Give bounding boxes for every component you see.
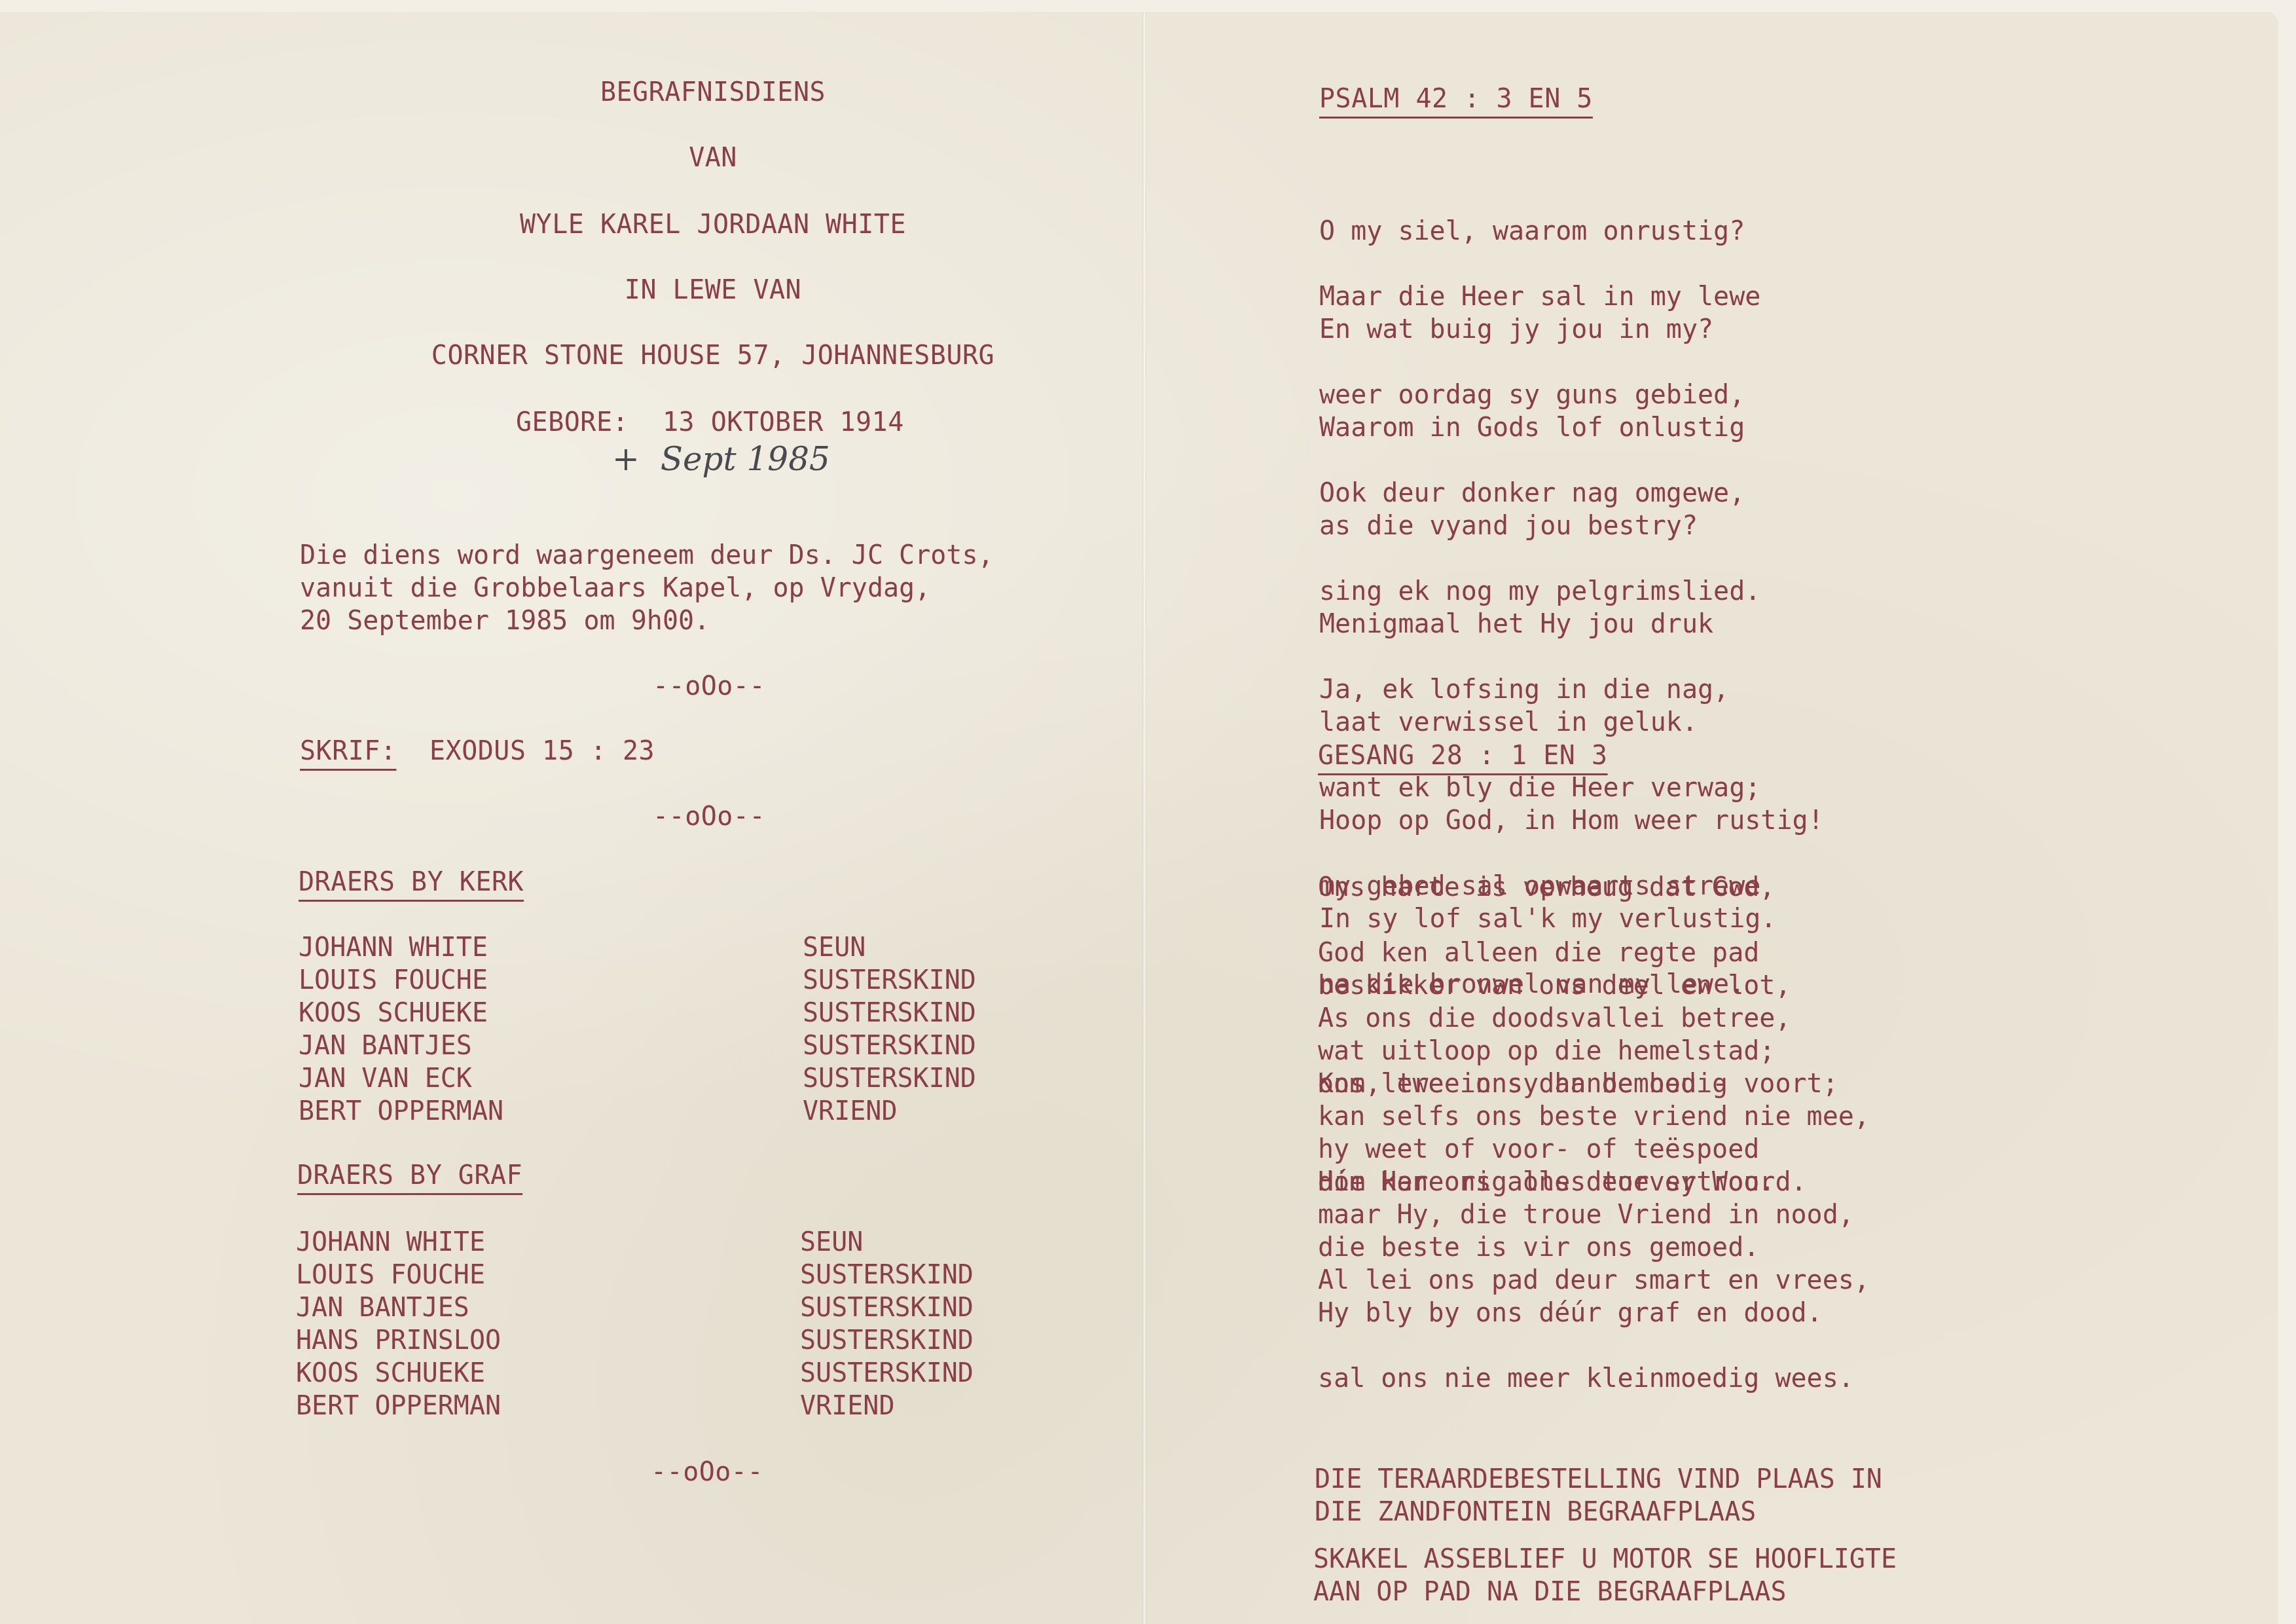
pallbearer-row: KOOS SCHUEKESUSTERSKIND — [296, 1357, 974, 1390]
notice-line: DIE TERAARDEBESTELLING VIND PLAAS IN — [1315, 1463, 1882, 1496]
pallbearer-relation: SEUN — [803, 931, 866, 964]
verse-line: Kom, tree ons dan bemoedig voort; — [1318, 1067, 1870, 1100]
pallbearers-grave-heading: DRAERS BY GRAF — [297, 1159, 522, 1192]
psalm-stanza-1: O my siel, waarom onrustig? En wat buig … — [1319, 149, 1824, 182]
verse-line: want ek bly die Heer verwag; — [1319, 771, 1824, 804]
verse-line: Al lei ons pad deur smart en vrees, — [1318, 1264, 1870, 1297]
pallbearer-name: HANS PRINSLOO — [296, 1324, 800, 1357]
burial-notice: DIE TERAARDEBESTELLING VIND PLAAS IN DIE… — [1315, 1463, 1882, 1528]
separator: --oOo-- — [653, 670, 765, 703]
scripture-reference: EXODUS 15 : 23 — [429, 735, 655, 767]
pallbearer-name: JOHANN WHITE — [299, 931, 803, 964]
verse-line: kan selfs ons beste vriend nie mee, — [1318, 1100, 1870, 1133]
address: CORNER STONE HOUSE 57, JOHANNESBURG — [431, 339, 994, 372]
gesang-text: Ons harte is verheug dat God, beskikker … — [1318, 805, 1870, 1067]
pallbearer-name: KOOS SCHUEKE — [296, 1357, 800, 1390]
pallbearer-row: LOUIS FOUCHESUSTERSKIND — [299, 964, 976, 997]
verse-line: die Here rig ons deur sy Woord. — [1318, 1166, 1870, 1198]
pallbearer-name: BERT OPPERMAN — [296, 1390, 800, 1422]
pallbearer-relation: SEUN — [800, 1226, 863, 1259]
pallbearer-row: JOHANN WHITESEUN — [296, 1226, 974, 1259]
pallbearer-name: LOUIS FOUCHE — [299, 964, 803, 997]
pallbearer-name: KOOS SCHUEKE — [299, 997, 803, 1029]
verse-line: As ons die doodsvallei betree, — [1318, 1002, 1870, 1035]
pallbearers-church-list: JOHANN WHITESEUN LOUIS FOUCHESUSTERSKIND… — [299, 931, 976, 1128]
service-line: Die diens word waargeneem deur Ds. JC Cr… — [300, 539, 994, 572]
notice-line: AAN OP PAD NA DIE BEGRAAFPLAAS — [1313, 1576, 1897, 1608]
deceased-name: WYLE KAREL JORDAAN WHITE — [520, 208, 906, 241]
notice-line: DIE ZANDFONTEIN BEGRAAFPLAAS — [1315, 1496, 1882, 1528]
pallbearer-name: JOHANN WHITE — [296, 1226, 800, 1259]
verse-line: sing ek nog my pelgrimslied. — [1319, 575, 1824, 608]
headlights-notice: SKAKEL ASSEBLIEF U MOTOR SE HOOFLIGTE AA… — [1313, 1543, 1897, 1608]
pallbearer-name: JAN BANTJES — [299, 1029, 803, 1062]
pallbearer-relation: SUSTERSKIND — [800, 1259, 974, 1291]
gesang-stanza-1: Ons harte is verheug dat God, beskikker … — [1318, 805, 1870, 838]
pallbearer-row: JOHANN WHITESEUN — [299, 931, 976, 964]
notice-line: SKAKEL ASSEBLIEF U MOTOR SE HOOFLIGTE — [1313, 1543, 1897, 1576]
in-lewe-van-label: IN LEWE VAN — [625, 274, 801, 306]
verse-line: Maar die Heer sal in my lewe — [1319, 280, 1824, 313]
service-title: BEGRAFNISDIENS — [600, 76, 826, 109]
pallbearer-relation: SUSTERSKIND — [800, 1291, 974, 1324]
pallbearer-row: HANS PRINSLOOSUSTERSKIND — [296, 1324, 974, 1357]
page-fold — [1142, 12, 1146, 1624]
pallbearer-relation: SUSTERSKIND — [803, 1029, 976, 1062]
separator: --oOo-- — [651, 1456, 763, 1488]
pallbearer-relation: SUSTERSKIND — [800, 1324, 974, 1357]
pallbearer-row: KOOS SCHUEKESUSTERSKIND — [299, 997, 976, 1029]
pallbearer-name: LOUIS FOUCHE — [296, 1259, 800, 1291]
verse-line: Ook deur donker nag omgewe, — [1319, 477, 1824, 509]
pallbearer-relation: SUSTERSKIND — [803, 997, 976, 1029]
pallbearer-row: BERT OPPERMANVRIEND — [296, 1390, 974, 1422]
pallbearer-relation: VRIEND — [803, 1095, 898, 1128]
service-line: vanuit die Grobbelaars Kapel, op Vrydag, — [300, 572, 994, 604]
verse-line: sal ons nie meer kleinmoedig wees. — [1318, 1362, 1870, 1395]
pallbearer-relation: SUSTERSKIND — [800, 1357, 974, 1390]
psalm-text: O my siel, waarom onrustig? En wat buig … — [1319, 149, 1824, 280]
psalm-heading: PSALM 42 : 3 EN 5 — [1319, 83, 1593, 115]
pallbearers-grave-list: JOHANN WHITESEUN LOUIS FOUCHESUSTERSKIND… — [296, 1226, 974, 1422]
pallbearers-church-heading: DRAERS BY KERK — [299, 866, 524, 898]
born-date: 13 OKTOBER 1914 — [663, 406, 904, 439]
verse-line: Hy bly by ons déúr graf en dood. — [1318, 1297, 1870, 1329]
pallbearer-relation: VRIEND — [800, 1390, 895, 1422]
scripture-label: SKRIF: — [300, 735, 397, 767]
pallbearer-row: LOUIS FOUCHESUSTERSKIND — [296, 1259, 974, 1291]
service-line: 20 September 1985 om 9h00. — [300, 604, 994, 637]
gesang-heading: GESANG 28 : 1 EN 3 — [1318, 739, 1607, 772]
pallbearer-name: JAN BANTJES — [296, 1291, 800, 1324]
service-details: Die diens word waargeneem deur Ds. JC Cr… — [300, 539, 994, 637]
van-label: VAN — [689, 141, 737, 174]
pallbearer-relation: SUSTERSKIND — [803, 1062, 976, 1095]
verse-line: maar Hy, die troue Vriend in nood, — [1318, 1198, 1870, 1231]
handwritten-death-date: + Sept 1985 — [612, 440, 830, 478]
pallbearer-name: BERT OPPERMAN — [299, 1095, 803, 1128]
pallbearer-row: JAN BANTJESSUSTERSKIND — [296, 1291, 974, 1324]
pallbearer-row: JAN VAN ECKSUSTERSKIND — [299, 1062, 976, 1095]
pallbearer-row: BERT OPPERMANVRIEND — [299, 1095, 976, 1128]
pallbearer-name: JAN VAN ECK — [299, 1062, 803, 1095]
separator: --oOo-- — [653, 800, 765, 833]
verse-line: weer oordag sy guns gebied, — [1319, 378, 1824, 411]
pallbearer-relation: SUSTERSKIND — [803, 964, 976, 997]
pallbearer-row: JAN BANTJESSUSTERSKIND — [299, 1029, 976, 1062]
verse-line: Ja, ek lofsing in die nag, — [1319, 673, 1824, 706]
born-label: GEBORE: — [516, 406, 629, 439]
